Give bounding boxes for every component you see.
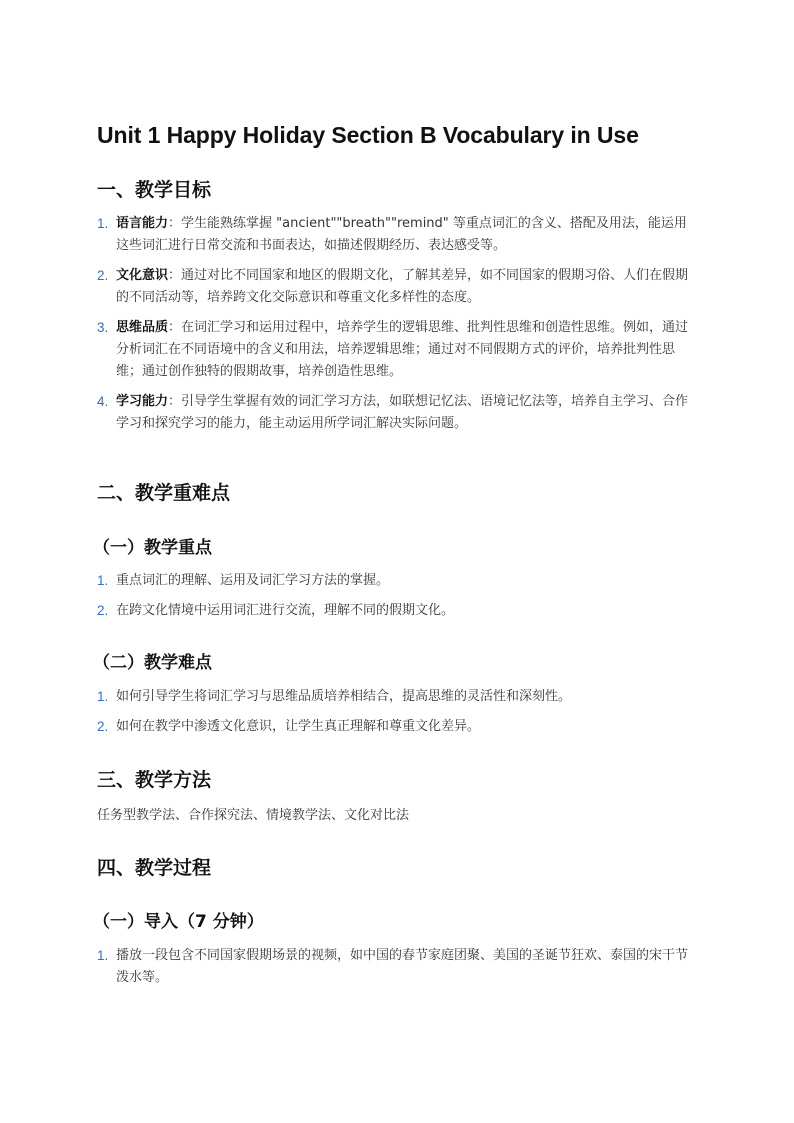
item-separator: ： <box>168 268 181 283</box>
intro-steps-list: 1.播放一段包含不同国家假期场景的视频，如中国的春节家庭团聚、美国的圣诞节狂欢、… <box>97 945 697 997</box>
list-number: 4. <box>97 391 108 413</box>
item-text: 重点词汇的理解、运用及词汇学习方法的掌握。 <box>116 573 389 588</box>
item-lead: 思维品质 <box>116 320 168 335</box>
item-lead: 文化意识 <box>116 268 168 283</box>
section-heading-key-difficult: 二、教学重难点 <box>97 478 230 505</box>
subsection-heading-intro: （一）导入（7 分钟） <box>93 907 264 932</box>
methods-text: 任务型教学法、合作探究法、情境教学法、文化对比法 <box>97 805 409 827</box>
item-lead: 语言能力 <box>116 216 168 231</box>
subsection-heading-difficult: （二）教学难点 <box>93 648 212 673</box>
subsection-heading-key: （一）教学重点 <box>93 533 212 558</box>
list-number: 3. <box>97 317 108 339</box>
item-separator: ： <box>168 320 181 335</box>
section-heading-process: 四、教学过程 <box>97 853 211 880</box>
item-text: 学生能熟练掌握 "ancient""breath""remind" 等重点词汇的… <box>116 216 687 253</box>
list-item: 1.语言能力：学生能熟练掌握 "ancient""breath""remind"… <box>97 213 697 257</box>
item-separator: ： <box>168 394 181 409</box>
list-number: 2. <box>97 265 108 287</box>
list-number: 2. <box>97 600 108 622</box>
list-item: 1.如何引导学生将词汇学习与思维品质培养相结合，提高思维的灵活性和深刻性。 <box>97 686 697 708</box>
list-number: 1. <box>97 686 108 708</box>
difficult-points-list: 1.如何引导学生将词汇学习与思维品质培养相结合，提高思维的灵活性和深刻性。 2.… <box>97 686 697 746</box>
section-heading-objectives: 一、教学目标 <box>97 175 211 202</box>
list-item: 3.思维品质：在词汇学习和运用过程中，培养学生的逻辑思维、批判性思维和创造性思维… <box>97 317 697 383</box>
item-text: 如何在教学中渗透文化意识，让学生真正理解和尊重文化差异。 <box>116 719 480 734</box>
list-number: 1. <box>97 213 108 235</box>
item-lead: 学习能力 <box>116 394 168 409</box>
item-text: 播放一段包含不同国家假期场景的视频，如中国的春节家庭团聚、美国的圣诞节狂欢、泰国… <box>116 948 688 985</box>
item-text: 在词汇学习和运用过程中，培养学生的逻辑思维、批判性思维和创造性思维。例如，通过分… <box>116 320 688 379</box>
section-heading-methods: 三、教学方法 <box>97 765 211 792</box>
key-points-list: 1.重点词汇的理解、运用及词汇学习方法的掌握。 2.在跨文化情境中运用词汇进行交… <box>97 570 697 630</box>
list-number: 2. <box>97 716 108 738</box>
list-item: 1.重点词汇的理解、运用及词汇学习方法的掌握。 <box>97 570 697 592</box>
item-text: 通过对比不同国家和地区的假期文化，了解其差异，如不同国家的假期习俗、人们在假期的… <box>116 268 688 305</box>
list-item: 2.在跨文化情境中运用词汇进行交流，理解不同的假期文化。 <box>97 600 697 622</box>
list-item: 2.如何在教学中渗透文化意识，让学生真正理解和尊重文化差异。 <box>97 716 697 738</box>
item-text: 在跨文化情境中运用词汇进行交流，理解不同的假期文化。 <box>116 603 454 618</box>
objectives-list: 1.语言能力：学生能熟练掌握 "ancient""breath""remind"… <box>97 213 697 443</box>
document-title: Unit 1 Happy Holiday Section B Vocabular… <box>97 122 639 149</box>
list-item: 2.文化意识：通过对比不同国家和地区的假期文化，了解其差异，如不同国家的假期习俗… <box>97 265 697 309</box>
list-item: 4.学习能力：引导学生掌握有效的词汇学习方法，如联想记忆法、语境记忆法等，培养自… <box>97 391 697 435</box>
item-text: 引导学生掌握有效的词汇学习方法，如联想记忆法、语境记忆法等，培养自主学习、合作学… <box>116 394 688 431</box>
list-number: 1. <box>97 570 108 592</box>
item-text: 如何引导学生将词汇学习与思维品质培养相结合，提高思维的灵活性和深刻性。 <box>116 689 571 704</box>
list-number: 1. <box>97 945 108 967</box>
list-item: 1.播放一段包含不同国家假期场景的视频，如中国的春节家庭团聚、美国的圣诞节狂欢、… <box>97 945 697 989</box>
item-separator: ： <box>168 216 181 231</box>
